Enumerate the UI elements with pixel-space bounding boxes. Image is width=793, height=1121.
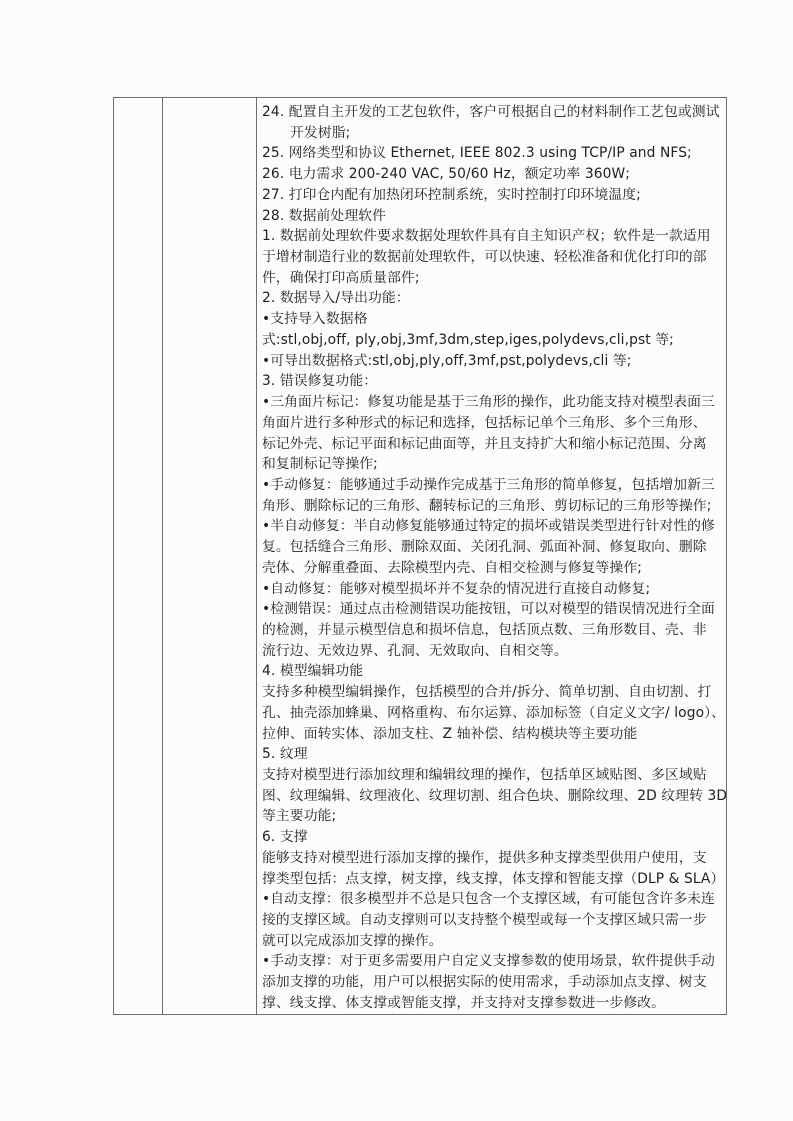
spec-text-line: 的检测，并显示模型信息和损坏信息，包括顶点数、三角形数目、壳、非 bbox=[262, 620, 720, 641]
spec-text-line: 流行边、无效边界、孔洞、无效取向、自相交等。 bbox=[262, 641, 720, 662]
spec-text-line: 孔、抽壳添加蜂巢、网格重构、布尔运算、添加标签（自定义文字/ logo）、 bbox=[262, 703, 720, 724]
spec-text-line: •自动支撑：很多模型并不总是只包含一个支撑区域，有可能包含许多未连 bbox=[262, 889, 720, 910]
spec-text-line: 接的支撑区域。自动支撑则可以支持整个模型或每一个支撑区域只需一步 bbox=[262, 910, 720, 931]
spec-text-cell: 24. 配置自主开发的工艺包软件，客户可根据自己的材料制作工艺包或测试开发树脂;… bbox=[257, 98, 726, 1014]
spec-text-line: 开发树脂; bbox=[262, 123, 720, 144]
spec-text-line: 于增材制造行业的数据前处理软件，可以快速、轻松准备和优化打印的部 bbox=[262, 247, 720, 268]
spec-text-line: 3. 错误修复功能： bbox=[262, 371, 720, 392]
spec-text-line: 添加支撑的功能，用户可以根据实际的使用需求，手动添加点支撑、树支 bbox=[262, 972, 720, 993]
spec-text-line: 2. 数据导入/导出功能： bbox=[262, 288, 720, 309]
spec-text-line: •手动支撑：对于更多需要用户自定义支撑参数的使用场景，软件提供手动 bbox=[262, 951, 720, 972]
spec-text-line: 4. 模型编辑功能 bbox=[262, 661, 720, 682]
spec-text-line: •三角面片标记：修复功能是基于三角形的操作，此功能支持对模型表面三 bbox=[262, 392, 720, 413]
spec-text-line: 撑类型包括：点支撑，树支撑，线支撑，体支撑和智能支撑（DLP & SLA） bbox=[262, 869, 720, 890]
spec-text-line: •手动修复：能够通过手动操作完成基于三角形的简单修复，包括增加新三 bbox=[262, 475, 720, 496]
spec-text-line: •支持导入数据格 bbox=[262, 309, 720, 330]
spec-text-line: 复。包括缝合三角形、删除双面、关闭孔洞、弧面补洞、修复取向、删除 bbox=[262, 537, 720, 558]
spec-text-line: 撑、线支撑、体支撑或智能支撑，并支持对支撑参数进一步修改。 bbox=[262, 993, 720, 1014]
spec-text-line: 6. 支撑 bbox=[262, 827, 720, 848]
spec-text-line: 28. 数据前处理软件 bbox=[262, 206, 720, 227]
spec-text-line: 壳体、分解重叠面、去除模型内壳、自相交检测与修复等操作; bbox=[262, 558, 720, 579]
spec-text-line: •检测错误：通过点击检测错误功能按钮，可以对模型的错误情况进行全面 bbox=[262, 599, 720, 620]
spec-text-line: 5. 纹理 bbox=[262, 744, 720, 765]
spec-text-line: 24. 配置自主开发的工艺包软件，客户可根据自己的材料制作工艺包或测试 bbox=[262, 102, 720, 123]
spec-text-line: •可导出数据格式:stl,obj,ply,off,3mf,pst,polydev… bbox=[262, 351, 720, 372]
spec-text-line: 就可以完成添加支撑的操作。 bbox=[262, 931, 720, 952]
spec-text-line: 27. 打印仓内配有加热闭环控制系统，实时控制打印环境温度; bbox=[262, 185, 720, 206]
table-cell-middle-empty bbox=[163, 98, 257, 1014]
spec-text-line: 1. 数据前处理软件要求数据处理软件具有自主知识产权；软件是一款适用 bbox=[262, 226, 720, 247]
spec-text-line: 图、纹理编辑、纹理液化、纹理切割、组合色块、删除纹理、2D 纹理转 3D bbox=[262, 786, 720, 807]
spec-text-line: 26. 电力需求 200-240 VAC, 50/60 Hz，额定功率 360W… bbox=[262, 164, 720, 185]
spec-text-line: •半自动修复：半自动修复能够通过特定的损坏或错误类型进行针对性的修 bbox=[262, 516, 720, 537]
spec-text-line: 能够支持对模型进行添加支撑的操作，提供多种支撑类型供用户使用，支 bbox=[262, 848, 720, 869]
spec-text-line: 25. 网络类型和协议 Ethernet, IEEE 802.3 using T… bbox=[262, 143, 720, 164]
spec-text-line: 角形、删除标记的三角形、翻转标记的三角形、剪切标记的三角形等操作; bbox=[262, 496, 720, 517]
spec-text-line: 件，确保打印高质量部件; bbox=[262, 268, 720, 289]
spec-text-line: •自动修复：能够对模型损坏并不复杂的情况进行直接自动修复; bbox=[262, 579, 720, 600]
spec-table-row: 24. 配置自主开发的工艺包软件，客户可根据自己的材料制作工艺包或测试开发树脂;… bbox=[113, 97, 727, 1015]
spec-text-line: 式:stl,obj,off, ply,obj,3mf,3dm,step,iges… bbox=[262, 330, 720, 351]
spec-text-line: 支持对模型进行添加纹理和编辑纹理的操作，包括单区域贴图、多区域贴 bbox=[262, 765, 720, 786]
spec-text-line: 支持多种模型编辑操作，包括模型的合并/拆分、简单切割、自由切割、打 bbox=[262, 682, 720, 703]
spec-text-line: 角面片进行多种形式的标记和选择，包括标记单个三角形、多个三角形、 bbox=[262, 413, 720, 434]
table-cell-left-empty bbox=[114, 98, 163, 1014]
spec-text-line: 拉伸、面转实体、添加支柱、Z 轴补偿、结构模块等主要功能 bbox=[262, 724, 720, 745]
spec-text-line: 等主要功能; bbox=[262, 806, 720, 827]
spec-text-line: 和复制标记等操作; bbox=[262, 454, 720, 475]
spec-text-line: 标记外壳、标记平面和标记曲面等，并且支持扩大和缩小标记范围、分离 bbox=[262, 434, 720, 455]
